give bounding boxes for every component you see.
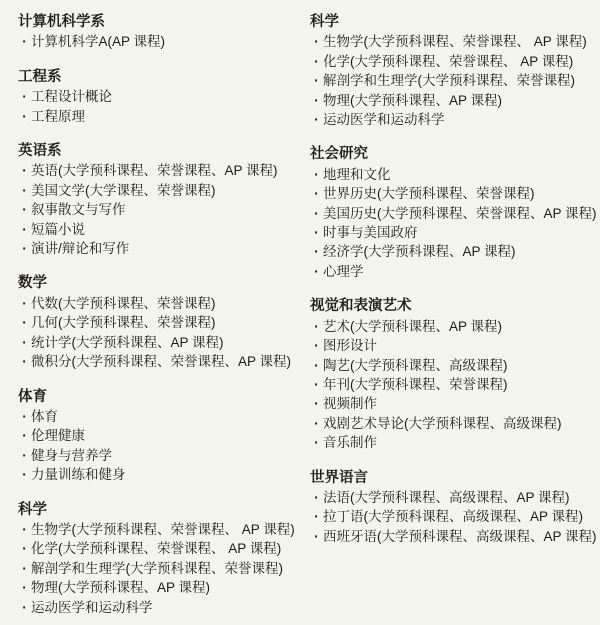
course-item: ·叙事散文与写作 bbox=[18, 200, 310, 219]
course-name: 叙事散文与写作 bbox=[31, 200, 310, 219]
course-item: ·陶艺(大学预科课程、高级课程) bbox=[310, 356, 597, 375]
course-list: ·法语(大学预科课程、高级课程、AP 课程)·拉丁语(大学预科课程、高级课程、A… bbox=[310, 488, 597, 546]
course-name: 代数(大学预科课程、荣誉课程) bbox=[31, 294, 310, 313]
department-section: 英语系·英语(大学预科课程、荣誉课程、AP 课程)·美国文学(大学课程、荣誉课程… bbox=[18, 142, 310, 258]
course-list: ·艺术(大学预科课程、AP 课程)·图形设计·陶艺(大学预科课程、高级课程)·年… bbox=[310, 317, 597, 453]
course-list: ·英语(大学预科课程、荣誉课程、AP 课程)·美国文学(大学课程、荣誉课程)·叙… bbox=[18, 161, 310, 258]
bullet-icon: · bbox=[18, 200, 31, 219]
course-name: 拉丁语(大学预科课程、高级课程、AP 课程) bbox=[323, 507, 597, 526]
bullet-icon: · bbox=[18, 294, 31, 313]
course-name: 英语(大学预科课程、荣誉课程、AP 课程) bbox=[31, 161, 310, 180]
column-left: 计算机科学系·计算机科学A(AP 课程)工程系·工程设计概论·工程原理英语系·英… bbox=[18, 13, 310, 625]
course-item: ·工程设计概论 bbox=[18, 87, 310, 106]
department-section: 科学·生物学(大学预科课程、荣誉课程、 AP 课程)·化学(大学预科课程、荣誉课… bbox=[18, 501, 310, 617]
course-name: 运动医学和运动科学 bbox=[31, 598, 310, 617]
course-list: ·体育·伦理健康·健身与营养学·力量训练和健身 bbox=[18, 407, 310, 485]
course-name: 地理和文化 bbox=[323, 165, 597, 184]
course-item: ·统计学(大学预科课程、AP 课程) bbox=[18, 333, 310, 352]
course-item: ·计算机科学A(AP 课程) bbox=[18, 32, 310, 51]
bullet-icon: · bbox=[18, 239, 31, 258]
bullet-icon: · bbox=[310, 32, 323, 51]
bullet-icon: · bbox=[310, 527, 323, 546]
course-item: ·法语(大学预科课程、高级课程、AP 课程) bbox=[310, 488, 597, 507]
department-section: 科学·生物学(大学预科课程、荣誉课程、 AP 课程)·化学(大学预科课程、荣誉课… bbox=[310, 13, 597, 129]
department-title: 社会研究 bbox=[310, 145, 597, 164]
bullet-icon: · bbox=[18, 598, 31, 617]
bullet-icon: · bbox=[310, 488, 323, 507]
course-item: ·运动医学和运动科学 bbox=[18, 598, 310, 617]
course-item: ·西班牙语(大学预科课程、高级课程、AP 课程) bbox=[310, 527, 597, 546]
department-section: 视觉和表演艺术·艺术(大学预科课程、AP 课程)·图形设计·陶艺(大学预科课程、… bbox=[310, 297, 597, 452]
course-name: 年刊(大学预科课程、荣誉课程) bbox=[323, 375, 597, 394]
bullet-icon: · bbox=[18, 333, 31, 352]
bullet-icon: · bbox=[310, 375, 323, 394]
department-section: 数学·代数(大学预科课程、荣誉课程)·几何(大学预科课程、荣誉课程)·统计学(大… bbox=[18, 274, 310, 371]
course-catalog-page: 计算机科学系·计算机科学A(AP 课程)工程系·工程设计概论·工程原理英语系·英… bbox=[0, 0, 600, 625]
course-item: ·音乐制作 bbox=[310, 433, 597, 452]
department-section: 社会研究·地理和文化·世界历史(大学预科课程、荣誉课程)·美国历史(大学预科课程… bbox=[310, 145, 597, 281]
course-item: ·世界历史(大学预科课程、荣誉课程) bbox=[310, 184, 597, 203]
bullet-icon: · bbox=[310, 414, 323, 433]
course-item: ·运动医学和运动科学 bbox=[310, 110, 597, 129]
course-item: ·体育 bbox=[18, 407, 310, 426]
course-item: ·心理学 bbox=[310, 262, 597, 281]
department-title: 计算机科学系 bbox=[18, 13, 310, 32]
course-list: ·生物学(大学预科课程、荣誉课程、 AP 课程)·化学(大学预科课程、荣誉课程、… bbox=[18, 520, 310, 617]
course-name: 解剖学和生理学(大学预科课程、荣誉课程) bbox=[31, 559, 310, 578]
bullet-icon: · bbox=[310, 223, 323, 242]
course-name: 时事与美国政府 bbox=[323, 223, 597, 242]
course-name: 心理学 bbox=[323, 262, 597, 281]
course-item: ·健身与营养学 bbox=[18, 446, 310, 465]
course-item: ·地理和文化 bbox=[310, 165, 597, 184]
course-name: 微积分(大学预科课程、荣誉课程、AP 课程) bbox=[31, 352, 310, 371]
department-section: 工程系·工程设计概论·工程原理 bbox=[18, 68, 310, 126]
course-item: ·时事与美国政府 bbox=[310, 223, 597, 242]
course-name: 统计学(大学预科课程、AP 课程) bbox=[31, 333, 310, 352]
bullet-icon: · bbox=[310, 507, 323, 526]
bullet-icon: · bbox=[310, 356, 323, 375]
bullet-icon: · bbox=[18, 407, 31, 426]
course-list: ·地理和文化·世界历史(大学预科课程、荣誉课程)·美国历史(大学预科课程、荣誉课… bbox=[310, 165, 597, 281]
bullet-icon: · bbox=[310, 433, 323, 452]
bullet-icon: · bbox=[310, 394, 323, 413]
course-name: 工程设计概论 bbox=[31, 87, 310, 106]
department-title: 数学 bbox=[18, 274, 310, 293]
bullet-icon: · bbox=[310, 242, 323, 261]
course-name: 演讲/辩论和写作 bbox=[31, 239, 310, 258]
bullet-icon: · bbox=[18, 220, 31, 239]
course-item: ·化学(大学预科课程、荣誉课程、 AP 课程) bbox=[310, 52, 597, 71]
course-item: ·英语(大学预科课程、荣誉课程、AP 课程) bbox=[18, 161, 310, 180]
department-title: 视觉和表演艺术 bbox=[310, 297, 597, 316]
course-item: ·工程原理 bbox=[18, 107, 310, 126]
course-item: ·伦理健康 bbox=[18, 426, 310, 445]
bullet-icon: · bbox=[18, 87, 31, 106]
course-item: ·视频制作 bbox=[310, 394, 597, 413]
bullet-icon: · bbox=[310, 165, 323, 184]
course-name: 美国文学(大学课程、荣誉课程) bbox=[31, 181, 310, 200]
department-title: 体育 bbox=[18, 388, 310, 407]
bullet-icon: · bbox=[18, 539, 31, 558]
bullet-icon: · bbox=[18, 107, 31, 126]
course-name: 西班牙语(大学预科课程、高级课程、AP 课程) bbox=[323, 527, 597, 546]
course-item: ·解剖学和生理学(大学预科课程、荣誉课程) bbox=[18, 559, 310, 578]
course-name: 法语(大学预科课程、高级课程、AP 课程) bbox=[323, 488, 597, 507]
course-name: 生物学(大学预科课程、荣誉课程、 AP 课程) bbox=[31, 520, 310, 539]
department-title: 世界语言 bbox=[310, 469, 597, 488]
course-name: 视频制作 bbox=[323, 394, 597, 413]
course-item: ·图形设计 bbox=[310, 336, 597, 355]
course-name: 音乐制作 bbox=[323, 433, 597, 452]
course-name: 物理(大学预科课程、AP 课程) bbox=[31, 578, 310, 597]
course-item: ·物理(大学预科课程、AP 课程) bbox=[310, 91, 597, 110]
course-name: 短篇小说 bbox=[31, 220, 310, 239]
course-name: 生物学(大学预科课程、荣誉课程、 AP 课程) bbox=[323, 32, 597, 51]
bullet-icon: · bbox=[18, 32, 31, 51]
course-item: ·拉丁语(大学预科课程、高级课程、AP 课程) bbox=[310, 507, 597, 526]
bullet-icon: · bbox=[310, 317, 323, 336]
course-name: 经济学(大学预科课程、AP 课程) bbox=[323, 242, 597, 261]
bullet-icon: · bbox=[18, 352, 31, 371]
bullet-icon: · bbox=[18, 465, 31, 484]
bullet-icon: · bbox=[310, 52, 323, 71]
course-name: 艺术(大学预科课程、AP 课程) bbox=[323, 317, 597, 336]
course-item: ·物理(大学预科课程、AP 课程) bbox=[18, 578, 310, 597]
bullet-icon: · bbox=[18, 181, 31, 200]
bullet-icon: · bbox=[310, 184, 323, 203]
bullet-icon: · bbox=[310, 204, 323, 223]
course-name: 几何(大学预科课程、荣誉课程) bbox=[31, 313, 310, 332]
department-title: 科学 bbox=[18, 501, 310, 520]
course-item: ·艺术(大学预科课程、AP 课程) bbox=[310, 317, 597, 336]
bullet-icon: · bbox=[310, 262, 323, 281]
course-name: 力量训练和健身 bbox=[31, 465, 310, 484]
course-name: 物理(大学预科课程、AP 课程) bbox=[323, 91, 597, 110]
department-section: 体育·体育·伦理健康·健身与营养学·力量训练和健身 bbox=[18, 388, 310, 485]
course-name: 体育 bbox=[31, 407, 310, 426]
department-section: 计算机科学系·计算机科学A(AP 课程) bbox=[18, 13, 310, 52]
course-name: 健身与营养学 bbox=[31, 446, 310, 465]
bullet-icon: · bbox=[18, 578, 31, 597]
course-list: ·计算机科学A(AP 课程) bbox=[18, 32, 310, 51]
course-item: ·化学(大学预科课程、荣誉课程、 AP 课程) bbox=[18, 539, 310, 558]
course-name: 化学(大学预科课程、荣誉课程、 AP 课程) bbox=[31, 539, 310, 558]
bullet-icon: · bbox=[310, 110, 323, 129]
course-name: 伦理健康 bbox=[31, 426, 310, 445]
course-item: ·几何(大学预科课程、荣誉课程) bbox=[18, 313, 310, 332]
course-name: 陶艺(大学预科课程、高级课程) bbox=[323, 356, 597, 375]
course-name: 运动医学和运动科学 bbox=[323, 110, 597, 129]
course-name: 工程原理 bbox=[31, 107, 310, 126]
course-item: ·微积分(大学预科课程、荣誉课程、AP 课程) bbox=[18, 352, 310, 371]
course-item: ·代数(大学预科课程、荣誉课程) bbox=[18, 294, 310, 313]
course-list: ·工程设计概论·工程原理 bbox=[18, 87, 310, 126]
department-title: 科学 bbox=[310, 13, 597, 32]
department-title: 英语系 bbox=[18, 142, 310, 161]
course-item: ·力量训练和健身 bbox=[18, 465, 310, 484]
course-name: 美国历史(大学预科课程、荣誉课程、AP 课程) bbox=[323, 204, 597, 223]
bullet-icon: · bbox=[310, 71, 323, 90]
department-section: 世界语言·法语(大学预科课程、高级课程、AP 课程)·拉丁语(大学预科课程、高级… bbox=[310, 469, 597, 547]
bullet-icon: · bbox=[18, 161, 31, 180]
course-item: ·短篇小说 bbox=[18, 220, 310, 239]
course-name: 计算机科学A(AP 课程) bbox=[31, 32, 310, 51]
bullet-icon: · bbox=[18, 520, 31, 539]
course-list: ·代数(大学预科课程、荣誉课程)·几何(大学预科课程、荣誉课程)·统计学(大学预… bbox=[18, 294, 310, 372]
course-item: ·戏剧艺术导论(大学预科课程、高级课程) bbox=[310, 414, 597, 433]
course-item: ·生物学(大学预科课程、荣誉课程、 AP 课程) bbox=[18, 520, 310, 539]
bullet-icon: · bbox=[310, 91, 323, 110]
course-item: ·经济学(大学预科课程、AP 课程) bbox=[310, 242, 597, 261]
course-name: 解剖学和生理学(大学预科课程、荣誉课程) bbox=[323, 71, 597, 90]
course-item: ·演讲/辩论和写作 bbox=[18, 239, 310, 258]
course-name: 戏剧艺术导论(大学预科课程、高级课程) bbox=[323, 414, 597, 433]
course-name: 图形设计 bbox=[323, 336, 597, 355]
department-title: 工程系 bbox=[18, 68, 310, 87]
bullet-icon: · bbox=[18, 313, 31, 332]
bullet-icon: · bbox=[18, 446, 31, 465]
bullet-icon: · bbox=[310, 336, 323, 355]
course-item: ·解剖学和生理学(大学预科课程、荣誉课程) bbox=[310, 71, 597, 90]
course-name: 化学(大学预科课程、荣誉课程、 AP 课程) bbox=[323, 52, 597, 71]
course-item: ·生物学(大学预科课程、荣誉课程、 AP 课程) bbox=[310, 32, 597, 51]
course-name: 世界历史(大学预科课程、荣誉课程) bbox=[323, 184, 597, 203]
course-item: ·美国文学(大学课程、荣誉课程) bbox=[18, 181, 310, 200]
course-list: ·生物学(大学预科课程、荣誉课程、 AP 课程)·化学(大学预科课程、荣誉课程、… bbox=[310, 32, 597, 129]
course-item: ·美国历史(大学预科课程、荣誉课程、AP 课程) bbox=[310, 204, 597, 223]
course-item: ·年刊(大学预科课程、荣誉课程) bbox=[310, 375, 597, 394]
bullet-icon: · bbox=[18, 559, 31, 578]
bullet-icon: · bbox=[18, 426, 31, 445]
column-right: 科学·生物学(大学预科课程、荣誉课程、 AP 课程)·化学(大学预科课程、荣誉课… bbox=[310, 13, 597, 625]
